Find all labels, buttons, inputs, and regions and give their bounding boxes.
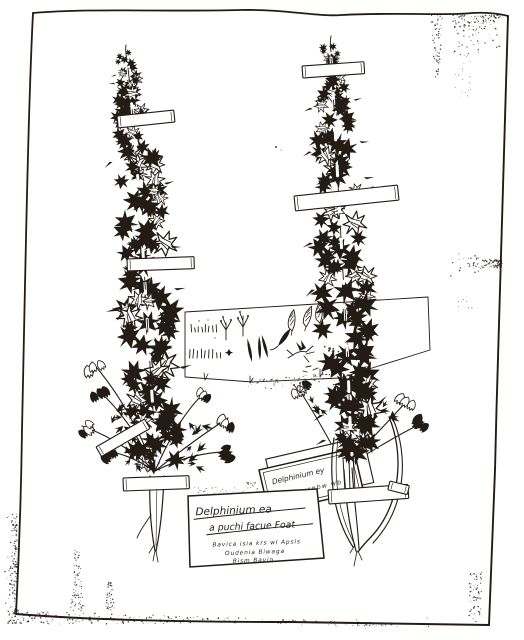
stipple-dot xyxy=(477,16,478,17)
stipple-dot xyxy=(220,320,222,322)
stipple-dot xyxy=(461,44,462,45)
stipple-dot xyxy=(301,625,302,626)
stipple-dot xyxy=(74,618,75,619)
stipple-dot xyxy=(230,319,232,321)
flower-spur xyxy=(304,108,313,112)
stipple-dot xyxy=(501,260,502,261)
stipple-dot xyxy=(265,387,266,388)
stipple-dot xyxy=(439,62,440,63)
stipple-dot xyxy=(14,541,16,543)
stipple-dot xyxy=(275,146,277,148)
stipple-dot xyxy=(80,600,81,601)
stipple-dot xyxy=(462,79,463,80)
stipple-dot xyxy=(471,40,472,41)
stipple-dot xyxy=(198,492,199,493)
stipple-dot xyxy=(437,55,438,56)
stipple-dot xyxy=(76,617,77,618)
stipple-dot xyxy=(471,609,472,610)
stipple-dot xyxy=(106,602,107,603)
paper-strap xyxy=(123,476,189,491)
stipple-dot xyxy=(337,351,339,353)
stipple-dot xyxy=(16,621,17,622)
stipple-dot xyxy=(15,561,16,562)
stipple-dot xyxy=(207,618,209,620)
stipple-dot xyxy=(15,551,16,552)
stipple-dot xyxy=(69,618,70,619)
stipple-dot xyxy=(479,26,480,27)
stipple-dot xyxy=(8,598,9,599)
stipple-dot xyxy=(464,24,466,26)
stipple-dot xyxy=(283,619,284,620)
stipple-dot xyxy=(225,618,226,619)
stipple-dot xyxy=(373,624,374,625)
stipple-dot xyxy=(271,388,272,389)
stipple-dot xyxy=(123,616,124,617)
stipple-dot xyxy=(183,619,184,620)
stipple-dot xyxy=(217,617,219,619)
stipple-dot xyxy=(108,606,109,607)
stipple-dot xyxy=(489,34,490,35)
stipple-dot xyxy=(107,586,108,587)
stipple-dot xyxy=(224,492,225,493)
small-leaf-solid xyxy=(123,457,133,467)
stipple-dot xyxy=(462,68,463,69)
stipple-dot xyxy=(469,595,470,596)
stipple-dot xyxy=(480,16,481,17)
fragment-strip xyxy=(185,297,430,389)
stipple-dot xyxy=(490,260,491,261)
stipple-dot xyxy=(479,597,480,598)
stipple-dot xyxy=(131,619,132,620)
stipple-dot xyxy=(16,563,17,564)
stipple-dot xyxy=(488,18,490,20)
stipple-dot xyxy=(15,609,17,611)
stipple-dot xyxy=(482,16,483,17)
stipple-dot xyxy=(467,263,468,264)
stipple-dot xyxy=(126,620,127,621)
stipple-dot xyxy=(498,264,500,266)
stipple-dot xyxy=(40,617,42,619)
stipple-dot xyxy=(474,613,475,614)
stipple-dot xyxy=(9,613,10,614)
stipple-dot xyxy=(71,602,72,603)
stipple-dot xyxy=(10,607,11,608)
stipple-dot xyxy=(491,263,492,264)
flower-spur xyxy=(174,285,186,292)
stipple-dot xyxy=(435,50,436,51)
flower xyxy=(349,229,368,248)
stipple-dot xyxy=(15,566,16,567)
stipple-dot xyxy=(12,584,13,585)
stipple-dot xyxy=(308,388,310,390)
stipple-dot xyxy=(16,528,17,529)
stipple-dot xyxy=(91,622,93,624)
stipple-dot xyxy=(365,624,367,626)
stipple-dot xyxy=(478,32,479,33)
spur-solid xyxy=(109,81,116,86)
stipple-dot xyxy=(434,42,435,43)
stipple-dot xyxy=(487,264,488,265)
stipple-dot xyxy=(473,585,474,586)
stipple-dot xyxy=(437,35,438,36)
stipple-dot xyxy=(15,581,16,582)
stipple-dot xyxy=(458,75,459,76)
stipple-dot xyxy=(468,53,469,54)
stipple-dot xyxy=(77,593,78,594)
stipple-dot xyxy=(475,16,476,17)
stipple-dot xyxy=(199,490,200,491)
stipple-dot xyxy=(369,622,371,624)
stipple-dot xyxy=(482,29,483,30)
stipple-dot xyxy=(78,555,79,556)
stipple-dot xyxy=(12,613,13,614)
stipple-dot xyxy=(12,587,14,589)
stipple-dot xyxy=(496,14,497,15)
stipple-dot xyxy=(245,618,246,619)
stipple-dot xyxy=(110,584,111,585)
stipple-dot xyxy=(333,384,334,385)
stipple-dot xyxy=(12,535,13,536)
stipple-dot xyxy=(15,518,16,519)
stipple-dot xyxy=(23,618,24,619)
stipple-dot xyxy=(463,258,464,259)
stipple-dot xyxy=(478,21,479,22)
stipple-dot xyxy=(441,28,442,29)
stipple-dot xyxy=(17,596,18,597)
drooping-flowers xyxy=(407,411,433,437)
stipple-dot xyxy=(133,617,134,618)
flower-spur xyxy=(315,439,326,445)
stipple-dot xyxy=(168,619,169,620)
stipple-dot xyxy=(491,15,492,16)
stipple-dot xyxy=(108,582,109,583)
stipple-dot xyxy=(275,382,276,383)
stipple-dot xyxy=(59,624,60,625)
stipple-dot xyxy=(117,623,118,624)
stipple-dot xyxy=(490,266,491,267)
stipple-dot xyxy=(255,482,256,483)
stipple-dot xyxy=(477,40,478,41)
stipple-dot xyxy=(489,22,490,23)
stipple-dot xyxy=(10,542,12,544)
stipple-dot xyxy=(129,617,130,618)
stipple-dot xyxy=(464,19,465,20)
stipple-dot xyxy=(499,266,500,267)
stipple-dot xyxy=(76,551,77,552)
drooping-flowers xyxy=(79,356,108,381)
stipple-dot xyxy=(259,621,261,623)
stipple-dot xyxy=(455,22,456,23)
stipple-dot xyxy=(111,589,112,590)
bud-solid xyxy=(328,42,337,51)
stipple-dot xyxy=(431,15,432,16)
stipple-dot xyxy=(36,614,37,615)
stipple-dot xyxy=(76,591,77,592)
stipple-dot xyxy=(79,617,80,618)
stipple-dot xyxy=(483,261,484,262)
stipple-dot xyxy=(82,620,83,621)
stipple-dot xyxy=(323,379,324,380)
stipple-dot xyxy=(462,70,463,71)
stipple-dot xyxy=(75,560,76,561)
stipple-dot xyxy=(251,384,252,385)
stipple-dot xyxy=(434,58,435,59)
stipple-dot xyxy=(20,622,21,623)
paper-strap xyxy=(302,62,365,78)
stipple-dot xyxy=(4,571,6,573)
stipple-dot xyxy=(435,28,436,29)
stipple-dot xyxy=(298,378,299,379)
stipple-dot xyxy=(469,76,470,77)
stipple-dot xyxy=(57,617,58,618)
border-left xyxy=(16,13,33,614)
stipple-dot xyxy=(468,307,469,308)
stipple-dot xyxy=(485,26,486,27)
stipple-dot xyxy=(12,568,13,569)
main-label-line5: Bism Bavio xyxy=(233,557,274,565)
stipple-dot xyxy=(477,257,478,258)
stipple-dot xyxy=(459,259,460,260)
stipple-dot xyxy=(471,591,472,592)
stipple-dot xyxy=(475,621,476,622)
stipple-dot xyxy=(16,525,17,526)
stipple-dot xyxy=(76,595,77,596)
stipple-dot xyxy=(14,601,15,602)
stipple-dot xyxy=(46,616,47,617)
stipple-dot xyxy=(145,619,147,621)
stipple-dot xyxy=(13,584,14,585)
stipple-dot xyxy=(314,378,315,379)
stipple-dot xyxy=(475,587,476,588)
stipple-dot xyxy=(459,26,461,28)
stipple-dot xyxy=(74,550,75,551)
stipple-dot xyxy=(75,575,76,576)
stipple-dot xyxy=(452,262,453,263)
flower-spur xyxy=(302,151,312,156)
stipple-dot xyxy=(336,625,337,626)
stipple-dot xyxy=(78,603,79,604)
stipple-dot xyxy=(274,383,275,384)
stipple-dot xyxy=(251,380,252,381)
stipple-dot xyxy=(454,51,456,53)
stipple-dot xyxy=(492,40,494,42)
stipple-dot xyxy=(193,617,194,618)
stipple-dot xyxy=(259,379,260,380)
stipple-dot xyxy=(304,378,305,379)
stipple-dot xyxy=(48,612,49,613)
stipple-dot xyxy=(10,566,11,567)
stipple-dot xyxy=(14,554,15,555)
stipple-dot xyxy=(463,35,464,36)
spur-solid xyxy=(111,75,117,77)
stipple-dot xyxy=(458,22,459,23)
stipple-dot xyxy=(43,612,44,613)
stipple-dot xyxy=(79,552,80,553)
spur-solid xyxy=(353,97,362,101)
small-leaf-solid xyxy=(194,439,210,455)
stipple-dot xyxy=(109,607,110,608)
stipple-dot xyxy=(304,621,306,623)
stipple-dot xyxy=(82,606,83,607)
stipple-dot xyxy=(16,562,17,563)
stipple-dot xyxy=(474,272,476,274)
stipple-dot xyxy=(18,612,19,613)
stipple-dot xyxy=(476,576,478,578)
stipple-dot xyxy=(437,19,438,20)
stipple-dot xyxy=(143,623,144,624)
stipple-dot xyxy=(345,622,347,624)
stipple-dot xyxy=(12,620,13,621)
stipple-dot xyxy=(82,597,83,598)
stipple-dot xyxy=(436,61,437,62)
stipple-dot xyxy=(14,543,15,544)
stipple-dot xyxy=(458,21,459,22)
stipple-dot xyxy=(9,621,10,622)
stipple-dot xyxy=(473,262,474,263)
stipple-dot xyxy=(45,614,47,616)
stipple-dot xyxy=(134,620,136,622)
stipple-dot xyxy=(289,620,290,621)
stipple-dot xyxy=(468,615,470,617)
stipple-dot xyxy=(458,306,459,307)
stipple-dot xyxy=(16,593,17,594)
stipple-dot xyxy=(462,18,463,19)
stipple-dot xyxy=(106,600,107,601)
stipple-dot xyxy=(10,567,11,568)
stipple-dot xyxy=(281,378,282,379)
stipple-dot xyxy=(111,607,112,608)
stipple-dot xyxy=(81,610,82,611)
stipple-dot xyxy=(14,593,15,594)
stipple-dot xyxy=(263,380,264,381)
stipple-dot xyxy=(199,621,200,622)
stipple-dot xyxy=(477,606,478,607)
stipple-dot xyxy=(256,621,258,623)
herbarium-ink-drawing: Delphinium ey nelis wsnbw wb Delphinium … xyxy=(0,0,524,640)
stipple-dot xyxy=(483,21,484,22)
stipple-dot xyxy=(369,625,370,626)
stipple-dot xyxy=(111,610,112,611)
stipple-dot xyxy=(212,487,213,488)
stipple-dot xyxy=(72,623,73,624)
stipple-dot xyxy=(16,516,17,517)
stipple-dot xyxy=(462,21,463,22)
stipple-dot xyxy=(372,623,373,624)
stipple-dot xyxy=(494,261,495,262)
stipple-dot xyxy=(438,63,439,64)
stipple-dot xyxy=(16,578,17,579)
stipple-dot xyxy=(497,260,498,261)
stipple-dot xyxy=(214,337,215,338)
small-leaf xyxy=(108,413,118,424)
stipple-dot xyxy=(458,33,459,34)
stipple-dot xyxy=(329,374,330,375)
stipple-dot xyxy=(376,625,377,626)
stipple-dot xyxy=(273,384,274,385)
stipple-dot xyxy=(464,55,465,56)
stipple-dot xyxy=(155,623,156,624)
stipple-dot xyxy=(474,21,476,23)
stipple-dot xyxy=(75,605,76,606)
stipple-dot xyxy=(479,612,481,614)
stipple-dot xyxy=(461,15,462,16)
stipple-dot xyxy=(456,30,457,31)
spur-solid xyxy=(315,439,326,445)
stipple-dot xyxy=(303,619,304,620)
stipple-dot xyxy=(14,523,15,524)
stipple-dot xyxy=(496,47,497,48)
stipple-dot xyxy=(478,43,479,44)
stipple-dot xyxy=(93,618,94,619)
stipple-dot xyxy=(24,614,25,615)
stipple-dot xyxy=(372,625,373,626)
stipple-dot xyxy=(473,44,474,45)
stipple-dot xyxy=(160,621,161,622)
stipple-dot xyxy=(463,30,465,32)
stipple-dot xyxy=(198,488,199,489)
stipple-dot xyxy=(107,607,108,608)
stipple-dot xyxy=(493,20,495,22)
stipple-dot xyxy=(190,617,191,618)
stipple-dot xyxy=(275,621,276,622)
stipple-dot xyxy=(203,491,204,492)
stipple-dot xyxy=(70,622,71,623)
stipple-dot xyxy=(486,22,487,23)
stipple-dot xyxy=(16,567,17,568)
stipple-dot xyxy=(332,621,333,622)
stipple-dot xyxy=(478,592,479,593)
stipple-dot xyxy=(78,595,79,596)
stipple-dot xyxy=(89,617,90,618)
stipple-dot xyxy=(477,20,478,21)
stipple-dot xyxy=(469,611,471,613)
stipple-dot xyxy=(37,612,38,613)
stipple-dot xyxy=(49,624,50,625)
flower-spur xyxy=(111,75,117,77)
stipple-dot xyxy=(474,608,475,609)
stipple-dot xyxy=(16,610,18,612)
stipple-dot xyxy=(469,22,470,23)
stipple-dot xyxy=(481,572,482,573)
stipple-dot xyxy=(13,622,14,623)
stipple-dot xyxy=(454,18,455,19)
stipple-dot xyxy=(113,621,114,622)
stipple-dot xyxy=(452,14,453,15)
stipple-dot xyxy=(72,601,73,602)
bell-flower xyxy=(95,359,107,372)
stipple-dot xyxy=(257,382,258,383)
stipple-dot xyxy=(78,579,79,580)
stipple-dot xyxy=(437,23,438,24)
stipple-dot xyxy=(75,585,76,586)
stipple-dot xyxy=(26,612,27,613)
stipple-dot xyxy=(278,622,279,623)
stipple-dot xyxy=(80,581,81,582)
stipple-dot xyxy=(121,618,122,619)
stipple-dot xyxy=(8,516,9,517)
stipple-dot xyxy=(471,16,472,17)
stipple-dot xyxy=(498,17,499,18)
stipple-dot xyxy=(437,60,438,61)
stipple-dot xyxy=(438,37,439,38)
stipple-dot xyxy=(457,15,458,16)
stipple-dot xyxy=(229,621,230,622)
stipple-dot xyxy=(473,608,474,609)
stipple-dot xyxy=(485,29,486,30)
stipple-dot xyxy=(480,573,482,575)
stipple-dot xyxy=(248,386,249,387)
stipple-dot xyxy=(14,526,16,528)
